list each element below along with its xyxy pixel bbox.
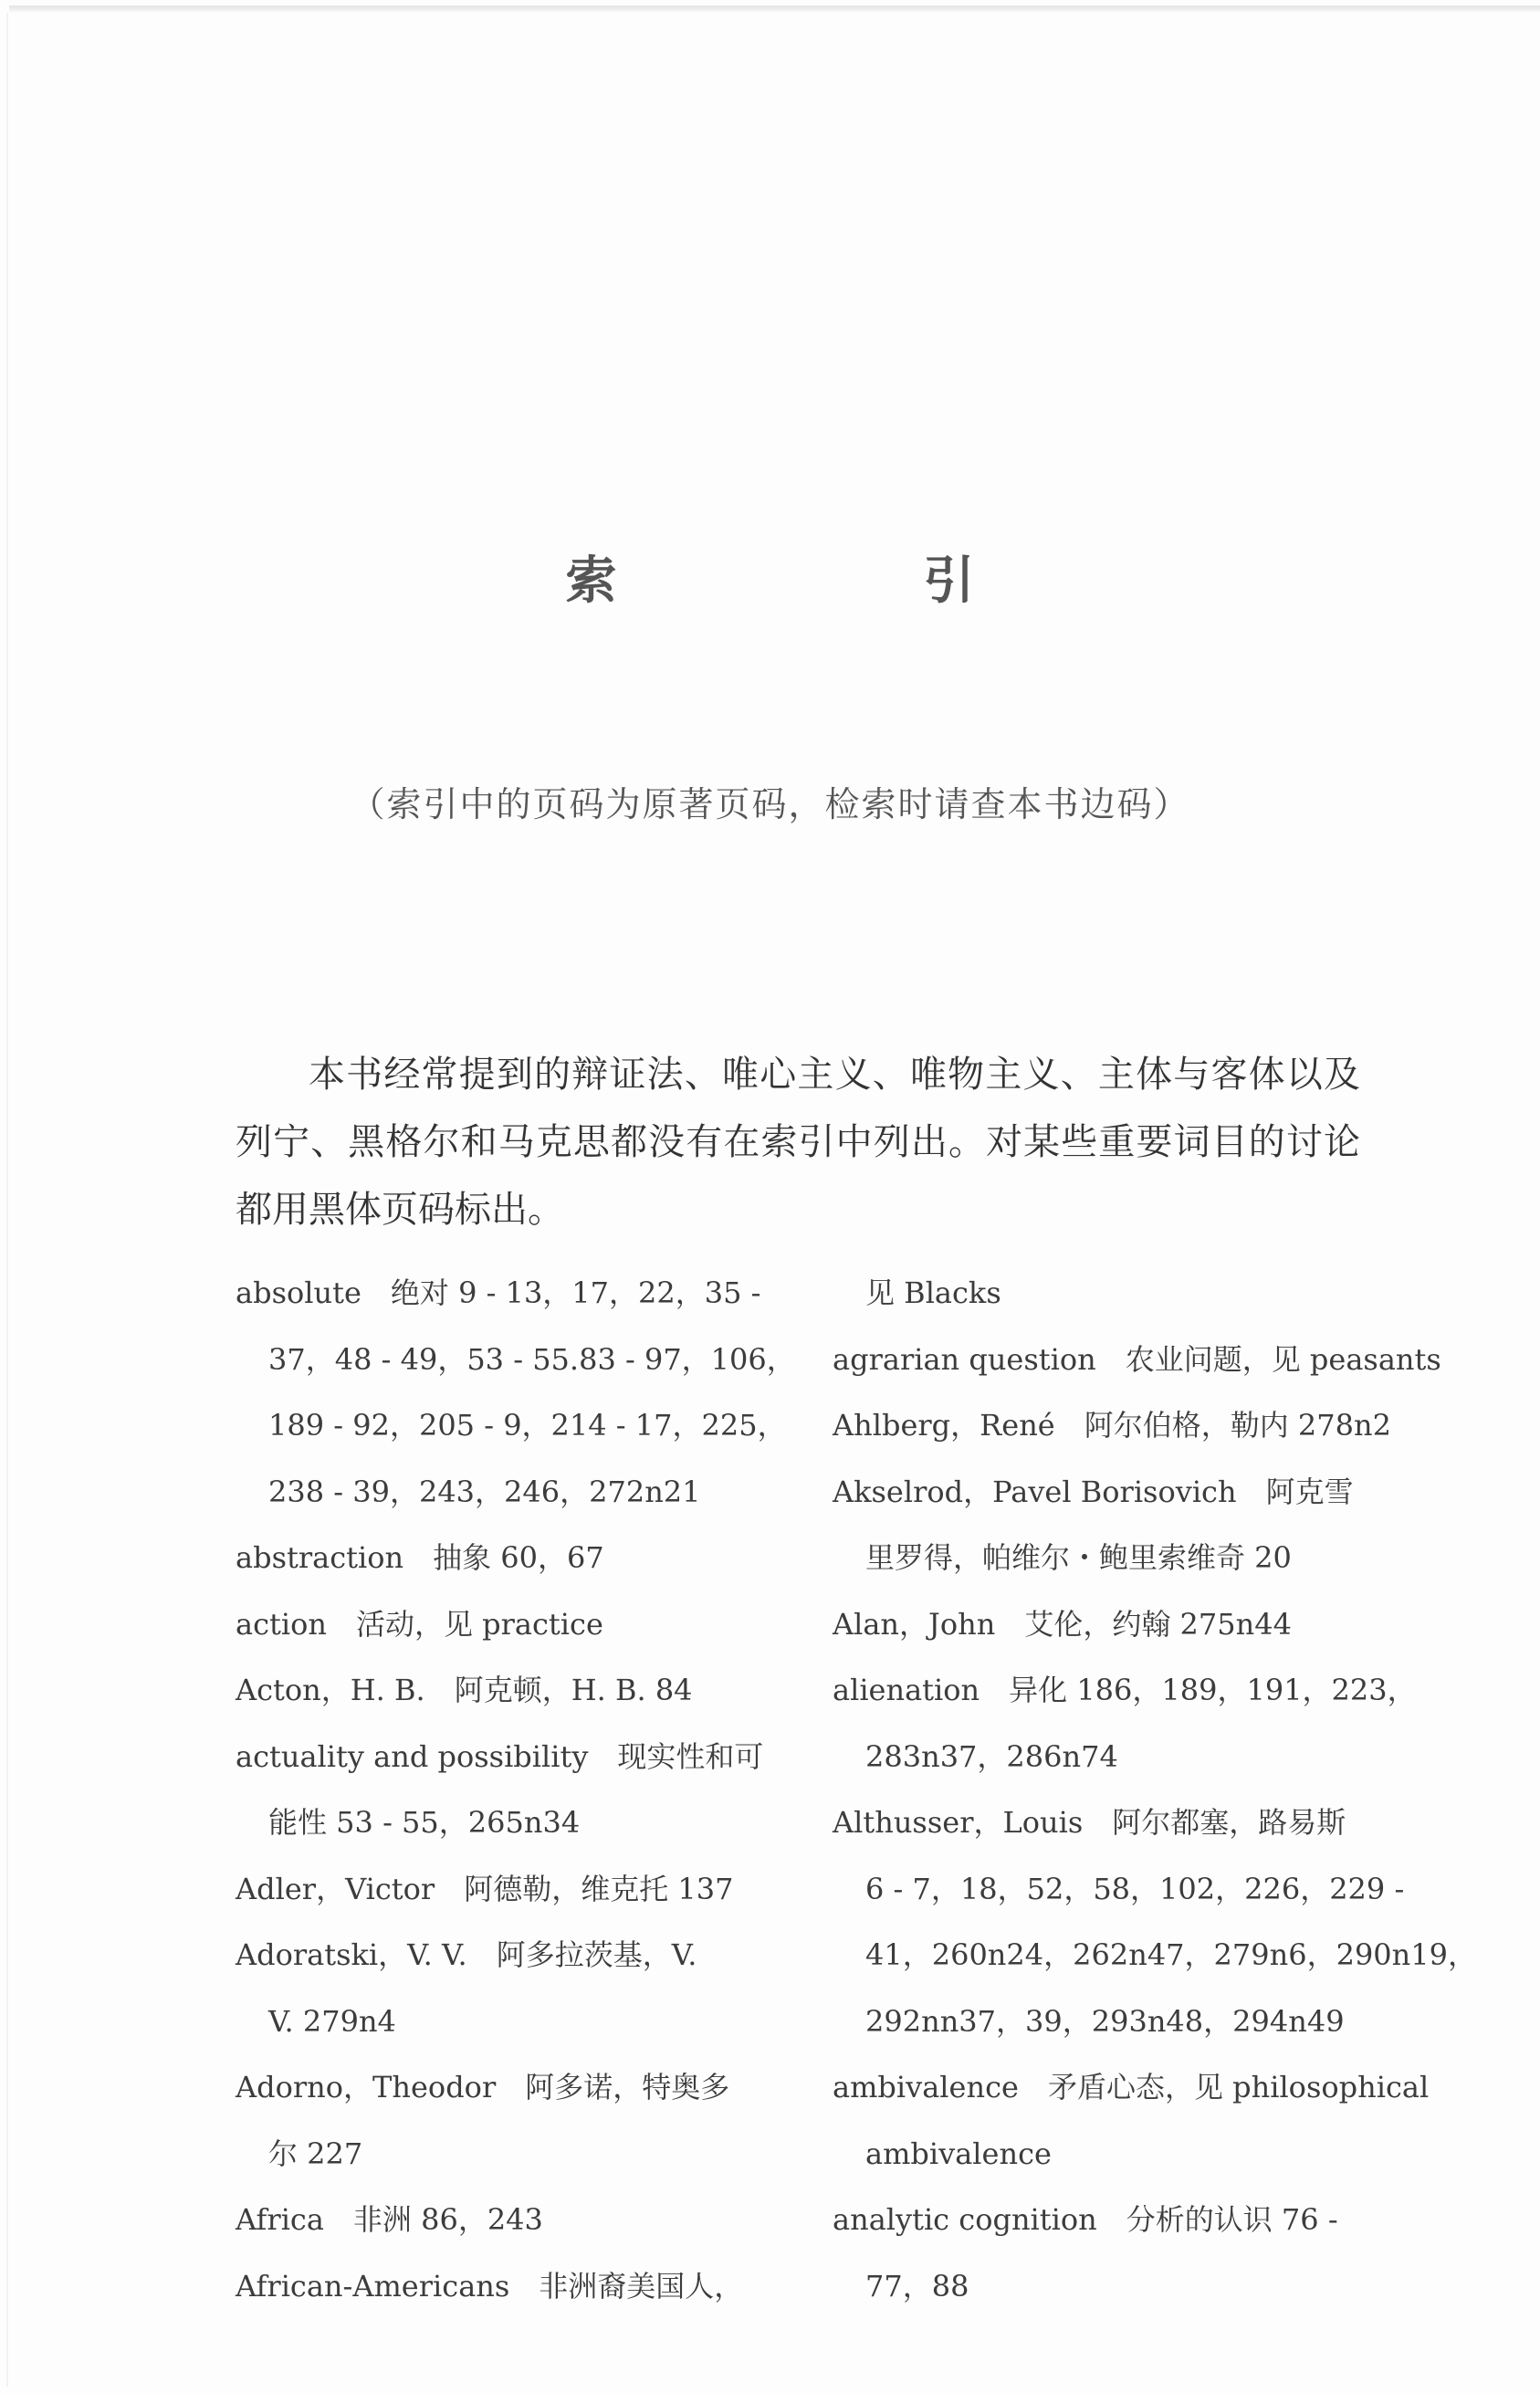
entry-line: V. 279n4	[268, 1989, 783, 2055]
entry-line: 里罗得，帕维尔・鲍里索维奇 20	[865, 1525, 1371, 1591]
entry-line: 189 - 92，205 - 9，214 - 17，225，	[268, 1392, 783, 1459]
index-entry: agrarian question 农业问题，见 peasants	[833, 1327, 1371, 1393]
entry-line: Adler，Victor 阿德勒，维克托 137	[268, 1856, 783, 1923]
entry-line: ambivalence 矛盾心态，见 philosophical	[865, 2054, 1371, 2121]
entry-line: ambivalence	[865, 2121, 1371, 2188]
index-entry: Adler，Victor 阿德勒，维克托 137	[236, 1856, 783, 1923]
entry-line: absolute 绝对 9 - 13，17，22，35 -	[268, 1260, 783, 1327]
index-entry: Ahlberg，René 阿尔伯格，勒内 278n2	[833, 1392, 1371, 1459]
index-entry: analytic cognition 分析的认识 76 - 77，88	[833, 2187, 1371, 2319]
entry-line: Africa 非洲 86，243	[268, 2187, 783, 2253]
page-title: 索 引	[0, 541, 1540, 614]
entry-line: 能性 53 - 55，265n34	[268, 1790, 783, 1856]
scan-edge-top	[9, 5, 1540, 13]
entry-line: 238 - 39，243，246，272n21	[268, 1459, 783, 1526]
entry-line: Acton，H. B. 阿克顿，H. B. 84	[268, 1657, 783, 1724]
entry-line: Adorno，Theodor 阿多诺，特奥多	[268, 2054, 783, 2121]
intro-paragraph: 本书经常提到的辩证法、唯心主义、唯物主义、主体与客体以及列宁、黑格尔和马克思都没…	[236, 1041, 1360, 1244]
entry-line: 见 Blacks	[865, 1260, 1371, 1327]
index-entry: Alan，John 艾伦，约翰 275n44	[833, 1591, 1371, 1658]
index-entry: African-Americans 非洲裔美国人，	[236, 2253, 783, 2320]
entry-line: 292nn37，39，293n48，294n49	[865, 1989, 1371, 2055]
index-entry: Adorno，Theodor 阿多诺，特奥多 尔 227	[236, 2054, 783, 2187]
entry-line: Alan，John 艾伦，约翰 275n44	[865, 1591, 1371, 1658]
index-entry-continuation: 见 Blacks	[833, 1260, 1371, 1327]
index-entry: Adoratski，V. V. 阿多拉茨基，V. V. 279n4	[236, 1922, 783, 2054]
index-entry: Akselrod，Pavel Borisovich 阿克雪 里罗得，帕维尔・鲍里…	[833, 1459, 1371, 1591]
entry-line: 41，260n24，262n47，279n6，290n19，	[865, 1922, 1371, 1989]
index-entry: Acton，H. B. 阿克顿，H. B. 84	[236, 1657, 783, 1724]
index-entry: absolute 绝对 9 - 13，17，22，35 - 37，48 - 49…	[236, 1260, 783, 1525]
index-entry: alienation 异化 186，189，191，223， 283n37，28…	[833, 1657, 1371, 1790]
entry-line: action 活动，见 practice	[268, 1591, 783, 1658]
entry-line: 6 - 7，18，52，58，102，226，229 -	[865, 1856, 1371, 1923]
index-entry: abstraction 抽象 60，67	[236, 1525, 783, 1591]
index-entry: Africa 非洲 86，243	[236, 2187, 783, 2253]
index-entry: actuality and possibility 现实性和可 能性 53 - …	[236, 1724, 783, 1856]
entry-line: actuality and possibility 现实性和可	[268, 1724, 783, 1790]
entry-line: 283n37，286n74	[865, 1724, 1371, 1790]
entry-line: 尔 227	[268, 2121, 783, 2188]
entry-line: analytic cognition 分析的认识 76 -	[865, 2187, 1371, 2253]
entry-line: agrarian question 农业问题，见 peasants	[865, 1327, 1371, 1393]
entry-line: abstraction 抽象 60，67	[268, 1525, 783, 1591]
index-entry: Althusser，Louis 阿尔都塞，路易斯 6 - 7，18，52，58，…	[833, 1790, 1371, 2054]
index-entry: action 活动，见 practice	[236, 1591, 783, 1658]
entry-line: 37，48 - 49，53 - 55.83 - 97，106，	[268, 1327, 783, 1393]
entry-line: Ahlberg，René 阿尔伯格，勒内 278n2	[865, 1392, 1371, 1459]
scan-edge-left	[6, 13, 8, 2387]
entry-line: African-Americans 非洲裔美国人，	[268, 2253, 783, 2320]
entry-line: Adoratski，V. V. 阿多拉茨基，V.	[268, 1922, 783, 1989]
page-subtitle: （索引中的页码为原著页码，检索时请查本书边码）	[0, 776, 1540, 826]
index-column-left: absolute 绝对 9 - 13，17，22，35 - 37，48 - 49…	[236, 1260, 783, 2319]
entry-line: Althusser，Louis 阿尔都塞，路易斯	[865, 1790, 1371, 1856]
entry-line: Akselrod，Pavel Borisovich 阿克雪	[865, 1459, 1371, 1526]
entry-line: 77，88	[865, 2253, 1371, 2320]
entry-line: alienation 异化 186，189，191，223，	[865, 1657, 1371, 1724]
index-entry: ambivalence 矛盾心态，见 philosophical ambival…	[833, 2054, 1371, 2187]
index-column-right: 见 Blacks agrarian question 农业问题，见 peasan…	[833, 1260, 1371, 2319]
